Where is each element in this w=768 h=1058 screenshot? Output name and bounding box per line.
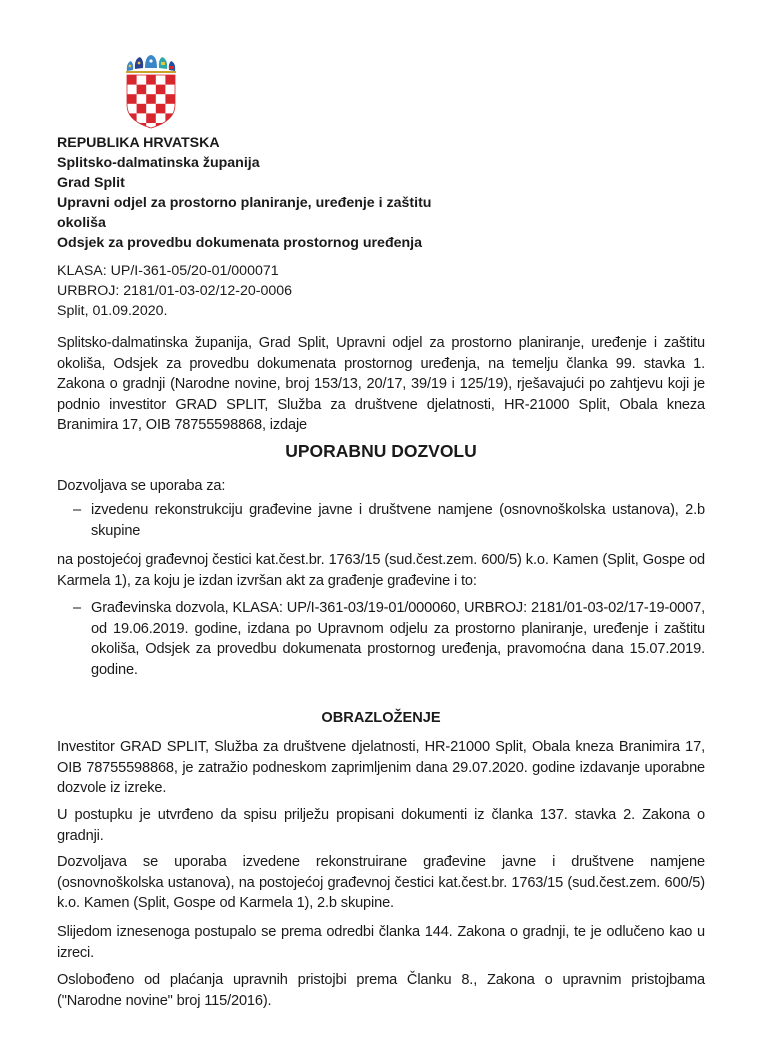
dash-bullet: – <box>73 598 81 619</box>
reasoning-paragraph-5: Oslobođeno od plaćanja upravnih pristojb… <box>57 970 705 1011</box>
header-line-department: Upravni odjel za prostorno planiranje, u… <box>57 193 517 213</box>
header-line-department-cont: okoliša <box>57 213 517 233</box>
permit-bullet-item: – Građevinska dozvola, KLASA: UP/I-361-0… <box>57 598 705 680</box>
reasoning-paragraph-4: Slijedom iznesenoga postupalo se prema o… <box>57 922 705 963</box>
klasa-number: KLASA: UP/I-361-05/20-01/000071 <box>57 261 292 281</box>
croatian-coat-of-arms-icon <box>123 55 179 129</box>
header-line-city: Grad Split <box>57 173 517 193</box>
place-and-date: Split, 01.09.2020. <box>57 301 292 321</box>
decision-intro: Dozvoljava se uporaba za: <box>57 476 705 497</box>
issuer-header: REPUBLIKA HRVATSKA Splitsko-dalmatinska … <box>57 133 517 253</box>
decision-title: UPORABNU DOZVOLU <box>57 441 705 462</box>
header-line-section: Odsjek za provedbu dokumenata prostornog… <box>57 233 517 253</box>
preamble-paragraph: Splitsko-dalmatinska županija, Grad Spli… <box>57 333 705 436</box>
location-paragraph: na postojećoj građevnoj čestici kat.čest… <box>57 550 705 591</box>
decision-bullet-item: – izvedenu rekonstrukciju građevine javn… <box>57 500 705 541</box>
reasoning-paragraph-3: Dozvoljava se uporaba izvedene rekonstru… <box>57 852 705 914</box>
header-line-country: REPUBLIKA HRVATSKA <box>57 133 517 153</box>
header-line-county: Splitsko-dalmatinska županija <box>57 153 517 173</box>
urbroj-number: URBROJ: 2181/01-03-02/12-20-0006 <box>57 281 292 301</box>
permit-bullet-text: Građevinska dozvola, KLASA: UP/I-361-03/… <box>91 598 705 680</box>
document-references: KLASA: UP/I-361-05/20-01/000071 URBROJ: … <box>57 261 292 321</box>
decision-bullet-text: izvedenu rekonstrukciju građevine javne … <box>91 500 705 541</box>
dash-bullet: – <box>73 500 81 521</box>
reasoning-paragraph-1: Investitor GRAD SPLIT, Služba za društve… <box>57 737 705 799</box>
reasoning-title: OBRAZLOŽENJE <box>57 710 705 726</box>
reasoning-paragraph-2: U postupku je utvrđeno da spisu prilježu… <box>57 805 705 846</box>
